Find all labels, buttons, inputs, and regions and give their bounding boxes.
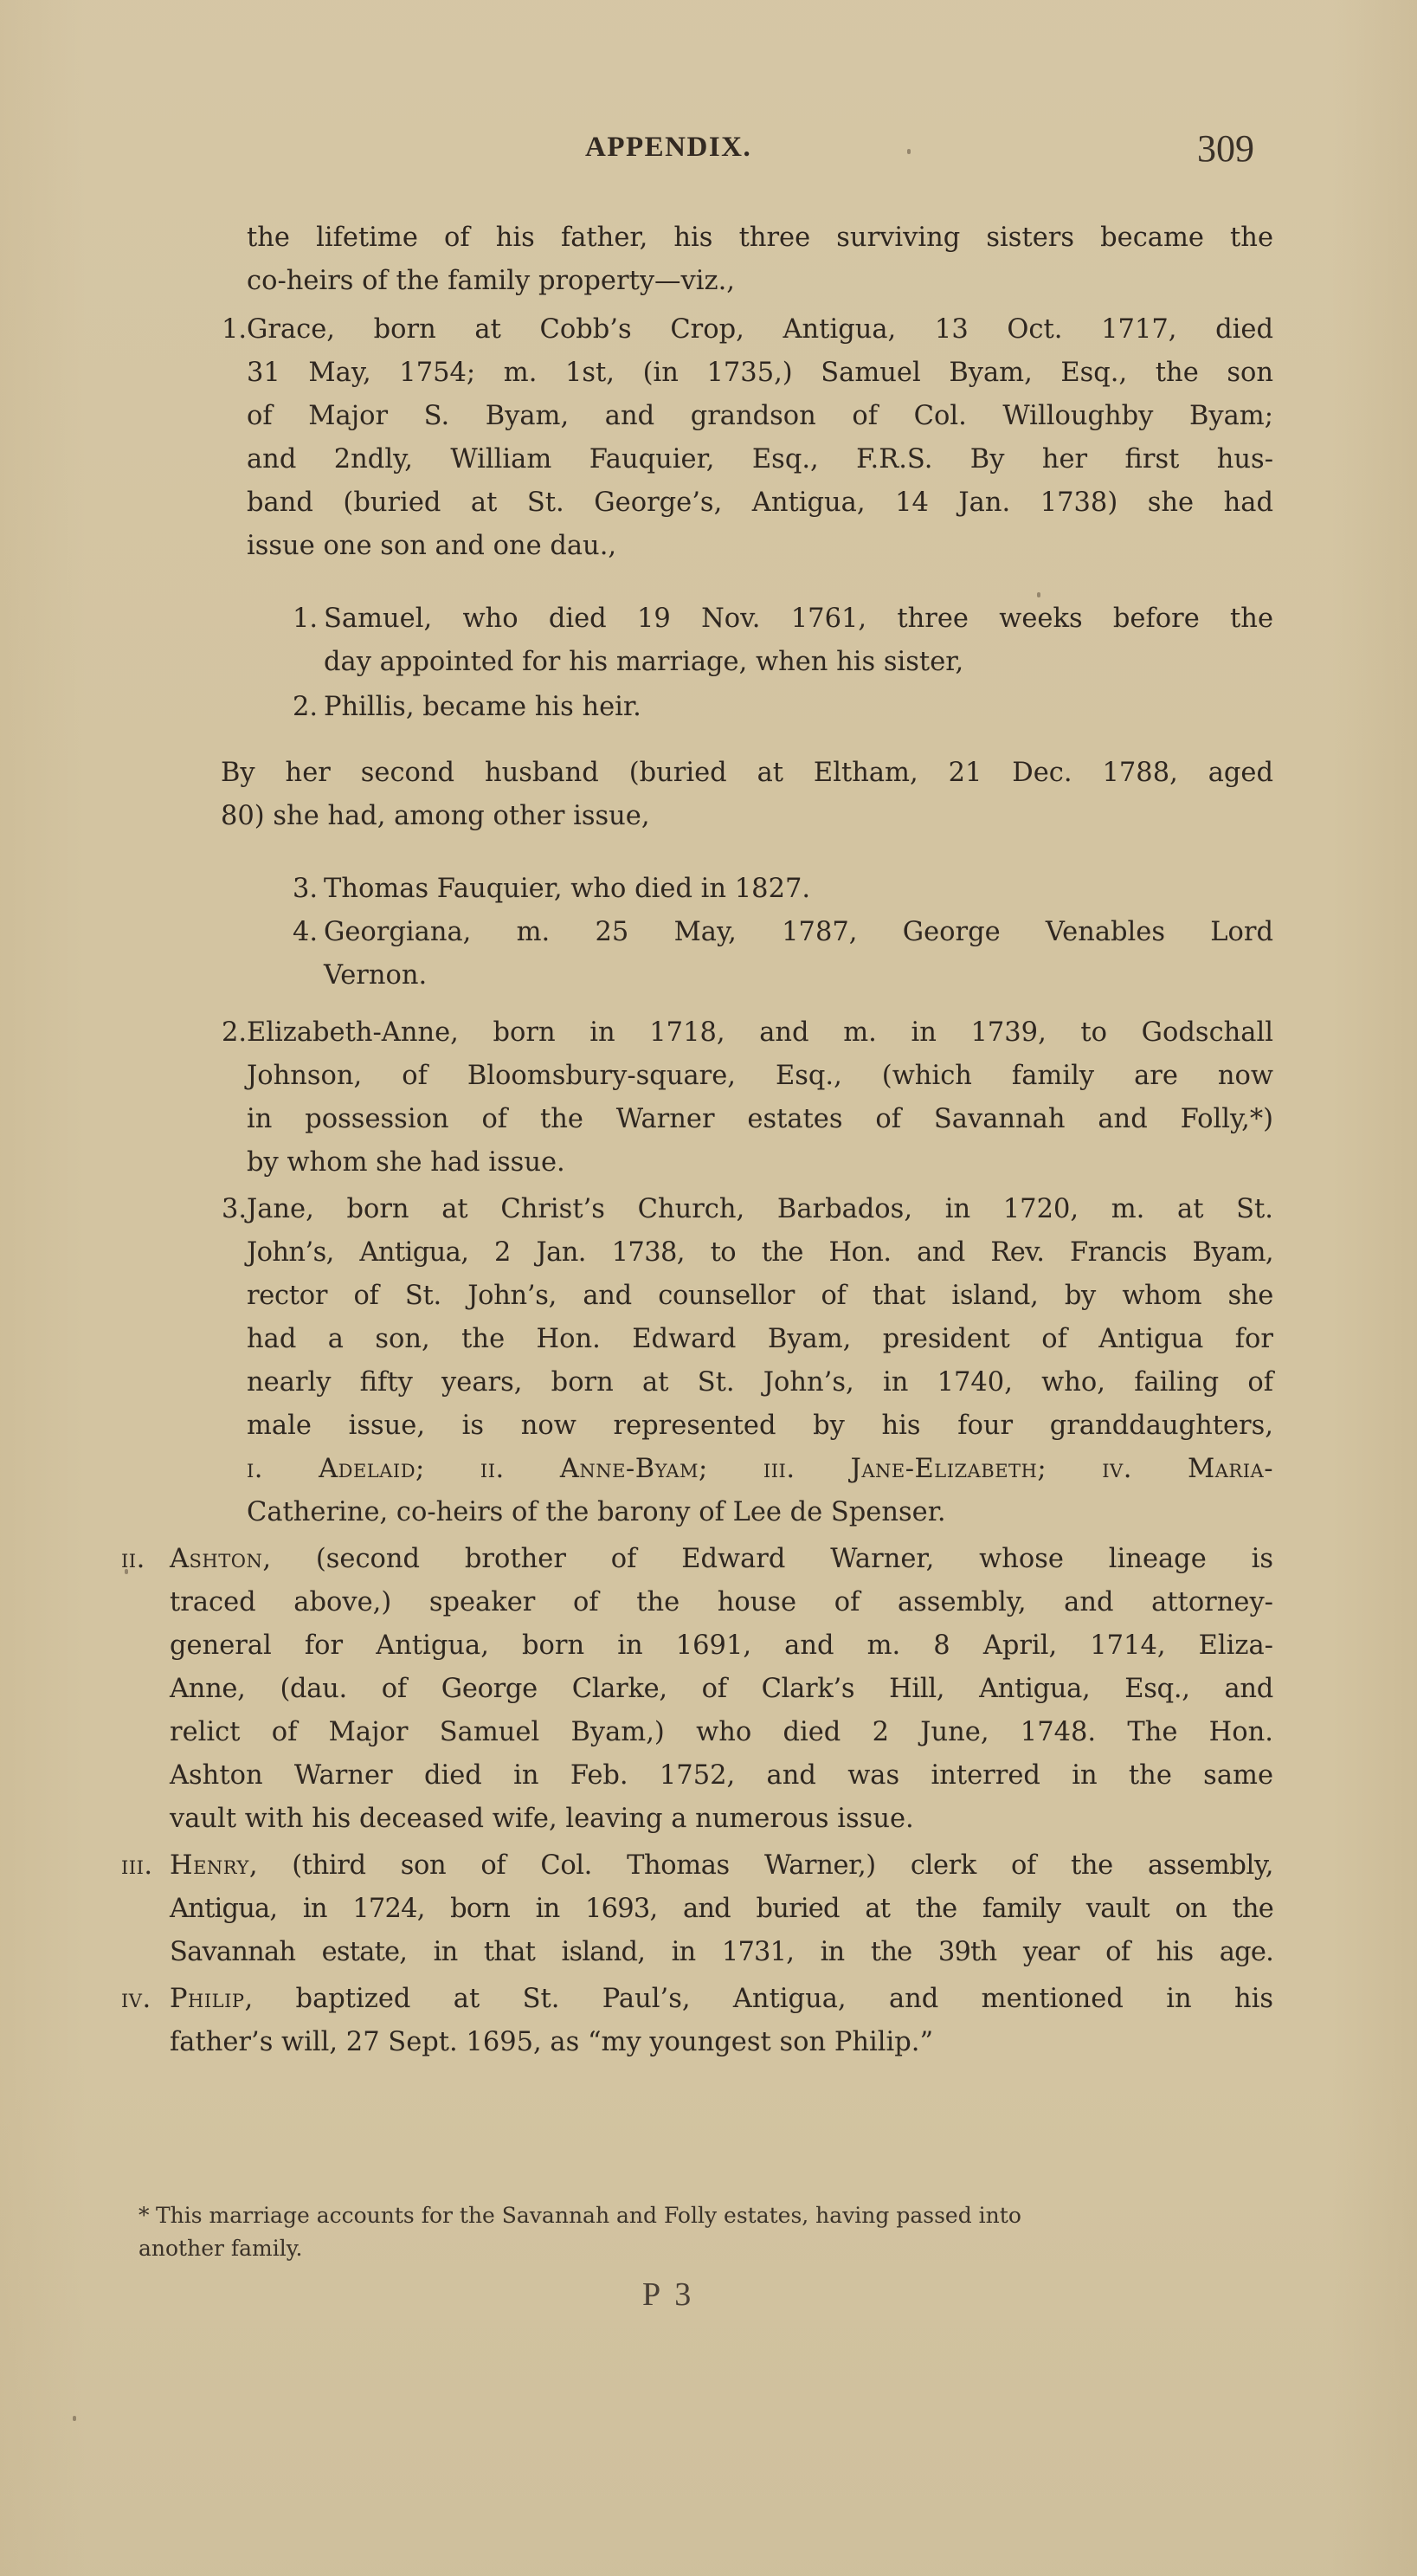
item-number: 4. xyxy=(293,911,318,954)
text-line: vault with his deceased wife, leaving a … xyxy=(170,1798,914,1841)
text-line: Catherine, co-heirs of the barony of Lee… xyxy=(247,1491,946,1534)
text-line: Georgiana, m. 25 May, 1787, George Venab… xyxy=(324,911,1273,954)
text-line: Phillis, became his heir. xyxy=(324,686,641,729)
text-line: and 2ndly, William Fauquier, Esq., F.R.S… xyxy=(247,438,1273,481)
paper-speck xyxy=(907,149,911,154)
person-name: Henry xyxy=(170,1850,249,1881)
paper-speck xyxy=(73,2416,76,2421)
paper-speck xyxy=(1037,592,1040,597)
text-line: relict of Major Samuel Byam,) who died 2… xyxy=(170,1711,1273,1754)
roman-numeral: iii. xyxy=(121,1844,153,1888)
text-line: Philip, baptized at St. Paul’s, Antigua,… xyxy=(170,1978,1273,2021)
page-number: 309 xyxy=(1197,126,1254,171)
item-number: 3. xyxy=(293,868,318,911)
text-line: male issue, is now represented by his fo… xyxy=(247,1404,1273,1448)
text-line: rector of St. John’s, and counsellor of … xyxy=(247,1275,1273,1318)
text-line: in possession of the Warner estates of S… xyxy=(247,1098,1273,1141)
footnote-line: another family. xyxy=(138,2232,303,2265)
text-line: Thomas Fauquier, who died in 1827. xyxy=(324,868,810,911)
text-line: By her second husband (buried at Eltham,… xyxy=(221,752,1273,795)
text-line: 80) she had, among other issue, xyxy=(221,795,650,838)
text-line: traced above,) speaker of the house of a… xyxy=(170,1581,1273,1624)
text-line: general for Antigua, born in 1691, and m… xyxy=(170,1624,1273,1668)
text-line: nearly fifty years, born at St. John’s, … xyxy=(247,1361,1273,1404)
text-line: Henry, (third son of Col. Thomas Warner,… xyxy=(170,1844,1273,1888)
text-line: Savannah estate, in that island, in 1731… xyxy=(170,1931,1273,1974)
person-name: Ashton xyxy=(170,1544,262,1574)
text-line: by whom she had issue. xyxy=(247,1141,565,1185)
item-number: 2. xyxy=(293,686,318,729)
printer-signature: P 3 xyxy=(642,2276,694,2314)
text-line: Vernon. xyxy=(324,954,427,997)
text-line: band (buried at St. George’s, Antigua, 1… xyxy=(247,481,1273,525)
roman-numeral: iv. xyxy=(121,1978,151,2021)
item-number: 2. xyxy=(222,1011,247,1055)
footnote-marker: * xyxy=(138,2199,150,2232)
text-line: Johnson, of Bloomsbury-square, Esq., (wh… xyxy=(247,1055,1273,1098)
text-line: of Major S. Byam, and grandson of Col. W… xyxy=(247,395,1273,438)
book-page: APPENDIX. 309 the lifetime of his father… xyxy=(0,0,1417,2576)
text-line: day appointed for his marriage, when his… xyxy=(324,641,963,684)
text-line: John’s, Antigua, 2 Jan. 1738, to the Hon… xyxy=(247,1231,1273,1275)
text-line: Samuel, who died 19 Nov. 1761, three wee… xyxy=(324,597,1273,641)
text-line: issue one son and one dau., xyxy=(247,525,616,568)
person-name: Philip xyxy=(170,1984,245,2014)
text-line: had a son, the Hon. Edward Byam, preside… xyxy=(247,1318,1273,1361)
text-line: co-heirs of the family property—viz., xyxy=(247,260,735,303)
text-line: Ashton Warner died in Feb. 1752, and was… xyxy=(170,1754,1273,1798)
text-line: 31 May, 1754; m. 1st, (in 1735,) Samuel … xyxy=(247,352,1273,395)
text-line: Ashton, (second brother of Edward Warner… xyxy=(170,1538,1273,1581)
text-line: Antigua, in 1724, born in 1693, and buri… xyxy=(170,1888,1273,1931)
item-number: 1. xyxy=(222,308,247,352)
running-head: APPENDIX. 309 xyxy=(0,132,1417,175)
text-line: the lifetime of his father, his three su… xyxy=(247,216,1273,260)
text-line: father’s will, 27 Sept. 1695, as “my you… xyxy=(170,2021,933,2064)
item-number: 1. xyxy=(293,597,318,641)
text-line: Anne, (dau. of George Clarke, of Clark’s… xyxy=(170,1668,1273,1711)
text-line: Grace, born at Cobb’s Crop, Antigua, 13 … xyxy=(247,308,1273,352)
text-line: Jane, born at Christ’s Church, Barbados,… xyxy=(247,1188,1273,1231)
running-title: APPENDIX. xyxy=(585,132,751,164)
text-line: i. Adelaid; ii. Anne-Byam; iii. Jane-Eli… xyxy=(247,1448,1273,1491)
text-line: Elizabeth-Anne, born in 1718, and m. in … xyxy=(247,1011,1273,1055)
roman-numeral: ii. xyxy=(121,1538,145,1581)
footnote-line: This marriage accounts for the Savannah … xyxy=(156,2199,1272,2232)
item-number: 3. xyxy=(222,1188,247,1231)
paper-speck xyxy=(125,1569,128,1574)
